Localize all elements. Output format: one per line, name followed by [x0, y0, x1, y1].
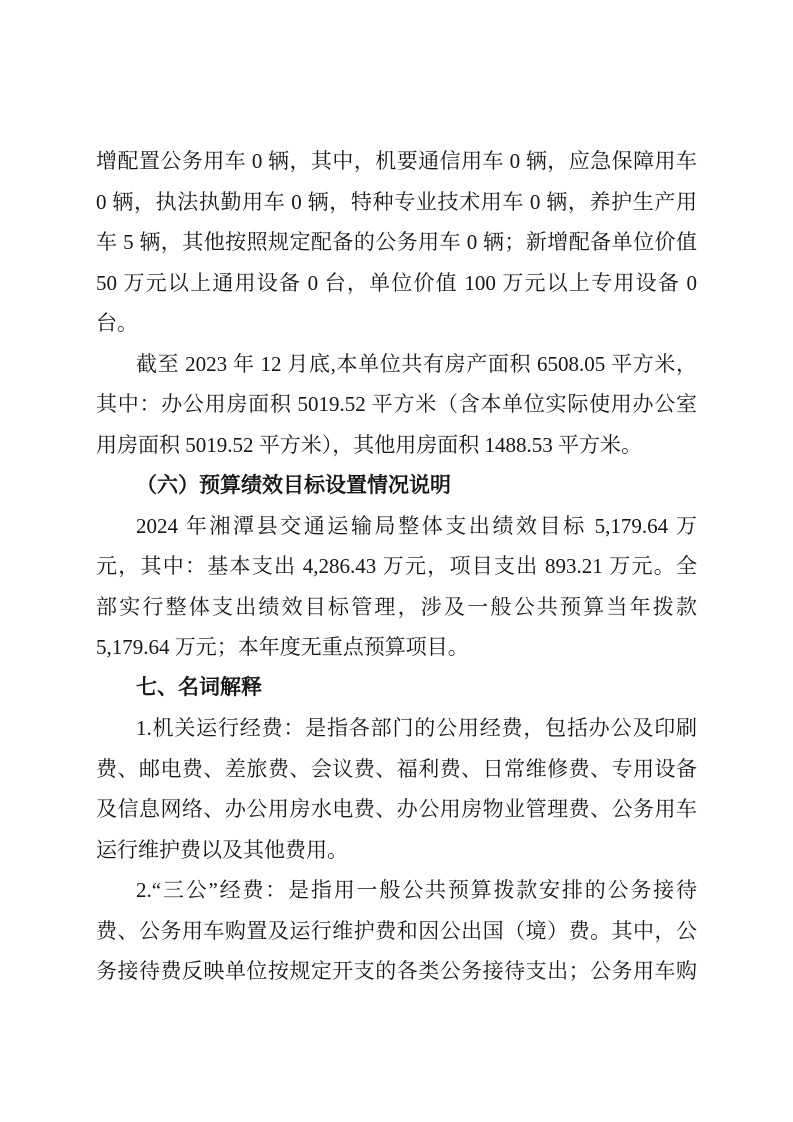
- body-text-line: 截至 2023 年 12 月底,本单位共有房产面积 6508.05 平方米，: [96, 344, 697, 385]
- body-text-line: 增配置公务用车 0 辆，其中，机要通信用车 0 辆，应急保障用车: [96, 141, 697, 182]
- body-text-line: 费、公务用车购置及运行维护费和因公出国（境）费。其中，公: [96, 911, 697, 952]
- body-text-line: 车 5 辆，其他按照规定配备的公务用车 0 辆；新增配备单位价值: [96, 222, 697, 263]
- body-text-line: 0 辆，执法执勤用车 0 辆，特种专业技术用车 0 辆，养护生产用: [96, 182, 697, 223]
- body-text-line: 元，其中：基本支出 4,286.43 万元，项目支出 893.21 万元。全: [96, 546, 697, 587]
- heading-section-six: （六）预算绩效目标设置情况说明: [96, 465, 697, 506]
- body-text-line: 及信息网络、办公用房水电费、办公用房物业管理费、公务用车: [96, 789, 697, 830]
- body-text-line: 务接待费反映单位按规定开支的各类公务接待支出；公务用车购: [96, 951, 697, 992]
- body-text-line: 1.机关运行经费：是指各部门的公用经费，包括办公及印刷: [96, 708, 697, 749]
- heading-section-seven: 七、名词解释: [96, 668, 697, 709]
- document-page: 增配置公务用车 0 辆，其中，机要通信用车 0 辆，应急保障用车 0 辆，执法执…: [0, 0, 793, 1122]
- body-text-line: 其中：办公用房面积 5019.52 平方米（含本单位实际使用办公室: [96, 384, 697, 425]
- body-text-line: 费、邮电费、差旅费、会议费、福利费、日常维修费、专用设备: [96, 749, 697, 790]
- body-text-line: 部实行整体支出绩效目标管理，涉及一般公共预算当年拨款: [96, 587, 697, 628]
- body-text-line: 5,179.64 万元；本年度无重点预算项目。: [96, 627, 697, 668]
- body-text-line: 台。: [96, 303, 697, 344]
- body-text-line: 50 万元以上通用设备 0 台，单位价值 100 万元以上专用设备 0: [96, 263, 697, 304]
- body-text-line: 运行维护费以及其他费用。: [96, 830, 697, 871]
- body-text-line: 2024 年湘潭县交通运输局整体支出绩效目标 5,179.64 万: [96, 506, 697, 547]
- body-text-line: 2.“三公”经费：是指用一般公共预算拨款安排的公务接待: [96, 870, 697, 911]
- body-text-line: 用房面积 5019.52 平方米），其他用房面积 1488.53 平方米。: [96, 425, 697, 466]
